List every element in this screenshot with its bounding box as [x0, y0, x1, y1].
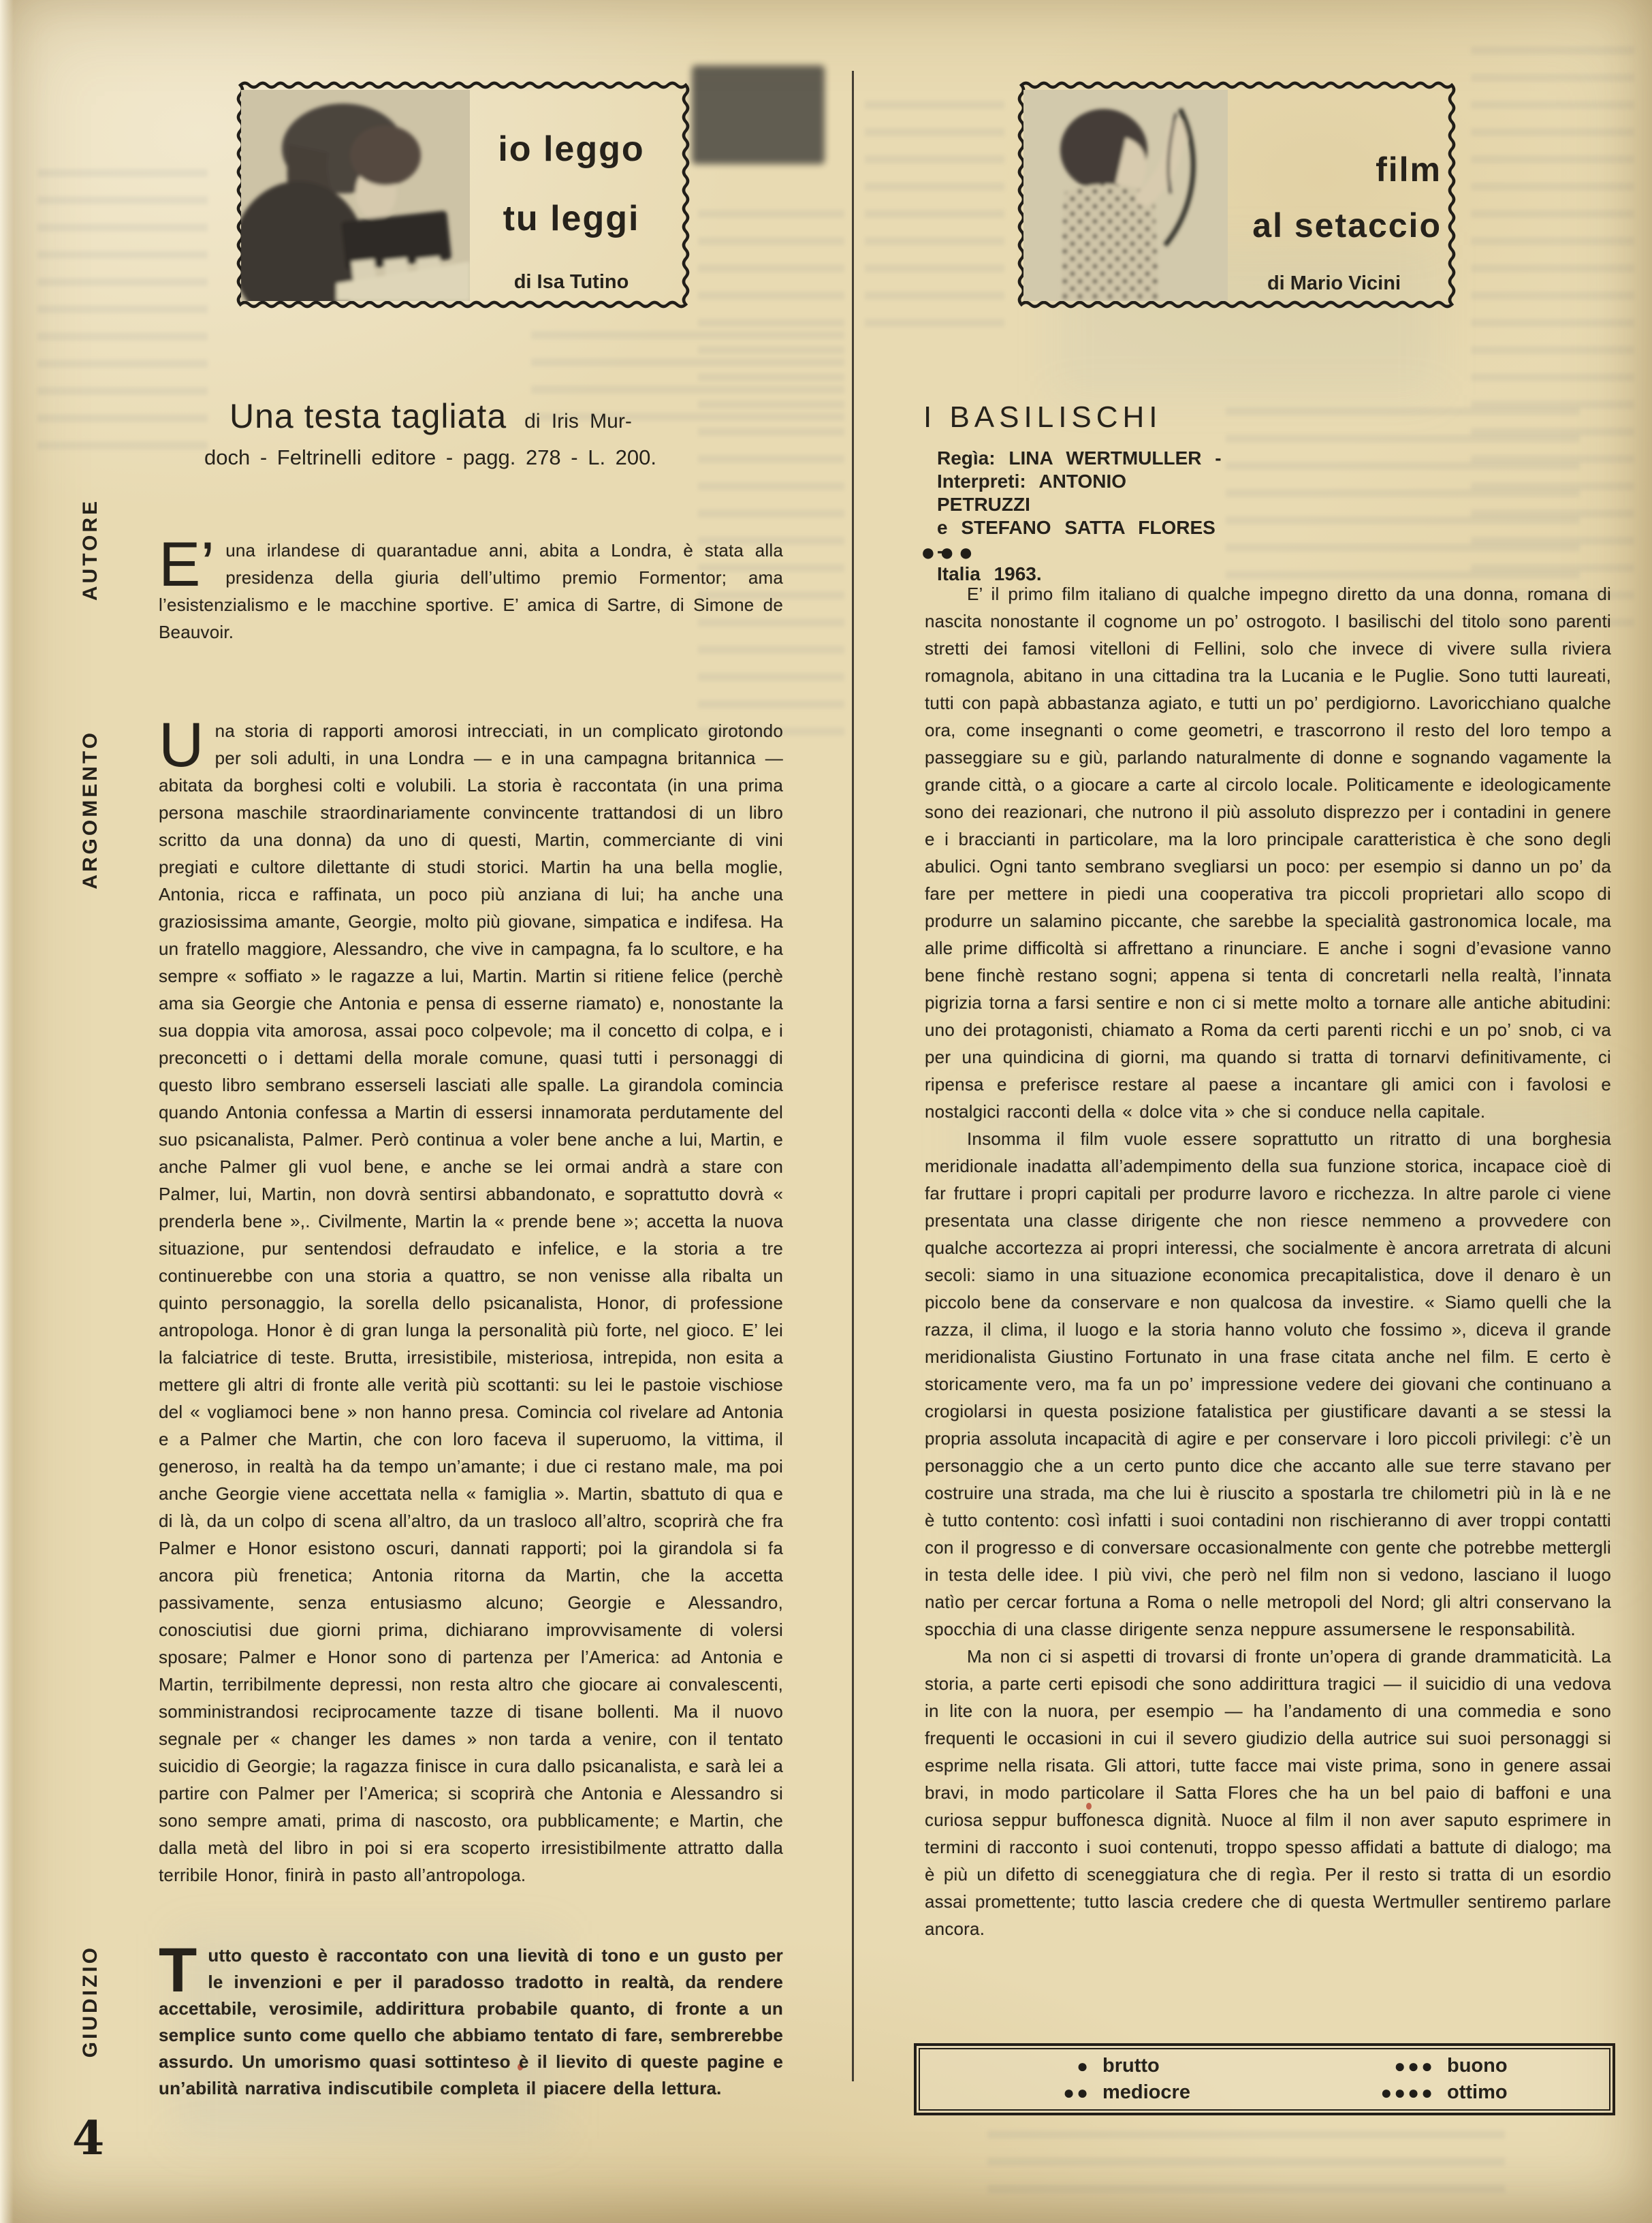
review-paragraph: Ma non ci si aspetti di trovarsi di fron…: [925, 1643, 1611, 1942]
showthrough-text-lines: [1226, 402, 1580, 579]
book-heading-line1: Una testa tagliatadi Iris Mur-: [159, 396, 799, 436]
right-header-byline: di Mario Vicini: [1267, 272, 1401, 295]
legend-item-ottimo: ●●●● ottimo: [1265, 2081, 1609, 2104]
woman-with-film-strip-photo: [1023, 90, 1228, 301]
legend-label: mediocre: [1102, 2081, 1190, 2104]
film-credit-line: Interpreti: ANTONIO PETRUZZI: [937, 470, 1230, 516]
legend-item-buono: ●●● buono: [1265, 2055, 1609, 2077]
film-review: E’ il primo film italiano di qualche imp…: [925, 580, 1611, 1942]
showthrough-text-lines: [987, 2125, 1505, 2193]
showthrough-dark-smudge: [692, 65, 825, 164]
legend-label: ottimo: [1447, 2081, 1508, 2104]
film-rating-dots: ●●●: [921, 538, 977, 567]
showthrough-text-lines: [865, 82, 1004, 327]
left-header-title-line1: io leggo: [466, 114, 677, 184]
film-credit-line: Regìa: LINA WERTMULLER -: [937, 447, 1230, 470]
left-header-byline: di Isa Tutino: [466, 271, 677, 294]
right-header-title-line1: film: [1252, 142, 1442, 198]
right-header-box: film al setaccio di Mario Vicini: [1015, 79, 1458, 311]
page-number: 4: [72, 2111, 104, 2166]
book-heading: Una testa tagliatadi Iris Mur- doch - Fe…: [159, 396, 799, 470]
woman-reading-photo: [241, 90, 470, 301]
giudizio-text: utto questo è raccontato con una lievità…: [159, 1945, 783, 2098]
dropcap-autore: E’: [159, 537, 225, 590]
book-title: Una testa tagliata: [229, 397, 507, 435]
review-paragraph: Insomma il film vuole essere soprattutto…: [925, 1125, 1611, 1643]
section-label-autore: AUTORE: [79, 499, 102, 601]
film-title: I BASILISCHI: [923, 400, 1162, 435]
film-credit-line: e STEFANO SATTA FLORES -: [937, 516, 1230, 563]
film-credits: Regìa: LINA WERTMULLER - Interpreti: ANT…: [937, 447, 1230, 586]
section-label-giudizio: GIUDIZIO: [79, 1945, 102, 2058]
column-divider-rule: [852, 71, 854, 2081]
right-header-title: film al setaccio: [1252, 142, 1442, 253]
dropcap-argomento: U: [159, 717, 215, 770]
legend-dots: ●●●: [1346, 2055, 1435, 2077]
dropcap-giudizio: T: [159, 1942, 208, 1996]
legend-dots: ●●●●: [1346, 2082, 1435, 2104]
legend-label: brutto: [1102, 2055, 1160, 2077]
legend-dots: ●●: [1002, 2082, 1090, 2104]
argomento-paragraph: Una storia di rapporti amorosi intreccia…: [159, 717, 783, 1889]
book-publisher-line: doch - Feltrinelli editore - pagg. 278 -…: [159, 445, 799, 470]
autore-text: una irlandese di quarantadue anni, abita…: [159, 540, 783, 642]
magazine-page: io leggo tu leggi di Isa Tutino: [0, 0, 1652, 2223]
legend-item-mediocre: ●● mediocre: [920, 2081, 1265, 2104]
autore-paragraph: E’una irlandese di quarantadue anni, abi…: [159, 537, 783, 646]
left-header-title-line2: tu leggi: [466, 184, 677, 253]
argomento-text: na storia di rapporti amorosi intrecciat…: [159, 721, 783, 1885]
right-header-title-line2: al setaccio: [1252, 198, 1442, 253]
section-label-argomento: ARGOMENTO: [79, 730, 102, 889]
review-paragraph: E’ il primo film italiano di qualche imp…: [925, 580, 1611, 1125]
left-header-title: io leggo tu leggi: [466, 114, 677, 253]
legend-label: buono: [1447, 2055, 1508, 2077]
showthrough-text-lines: [698, 204, 844, 736]
rating-legend-grid: ● brutto ●●● buono ●● mediocre ●●●● otti…: [919, 2048, 1610, 2111]
legend-item-brutto: ● brutto: [920, 2055, 1265, 2077]
book-author-lead: di Iris Mur-: [524, 410, 632, 432]
left-header-box: io leggo tu leggi di Isa Tutino: [234, 79, 692, 311]
legend-dots: ●: [1002, 2055, 1090, 2077]
giudizio-paragraph: Tutto questo è raccontato con una lievit…: [159, 1942, 783, 2102]
showthrough-text-lines: [1471, 41, 1634, 627]
rating-legend-box: ● brutto ●●● buono ●● mediocre ●●●● otti…: [914, 2043, 1615, 2115]
